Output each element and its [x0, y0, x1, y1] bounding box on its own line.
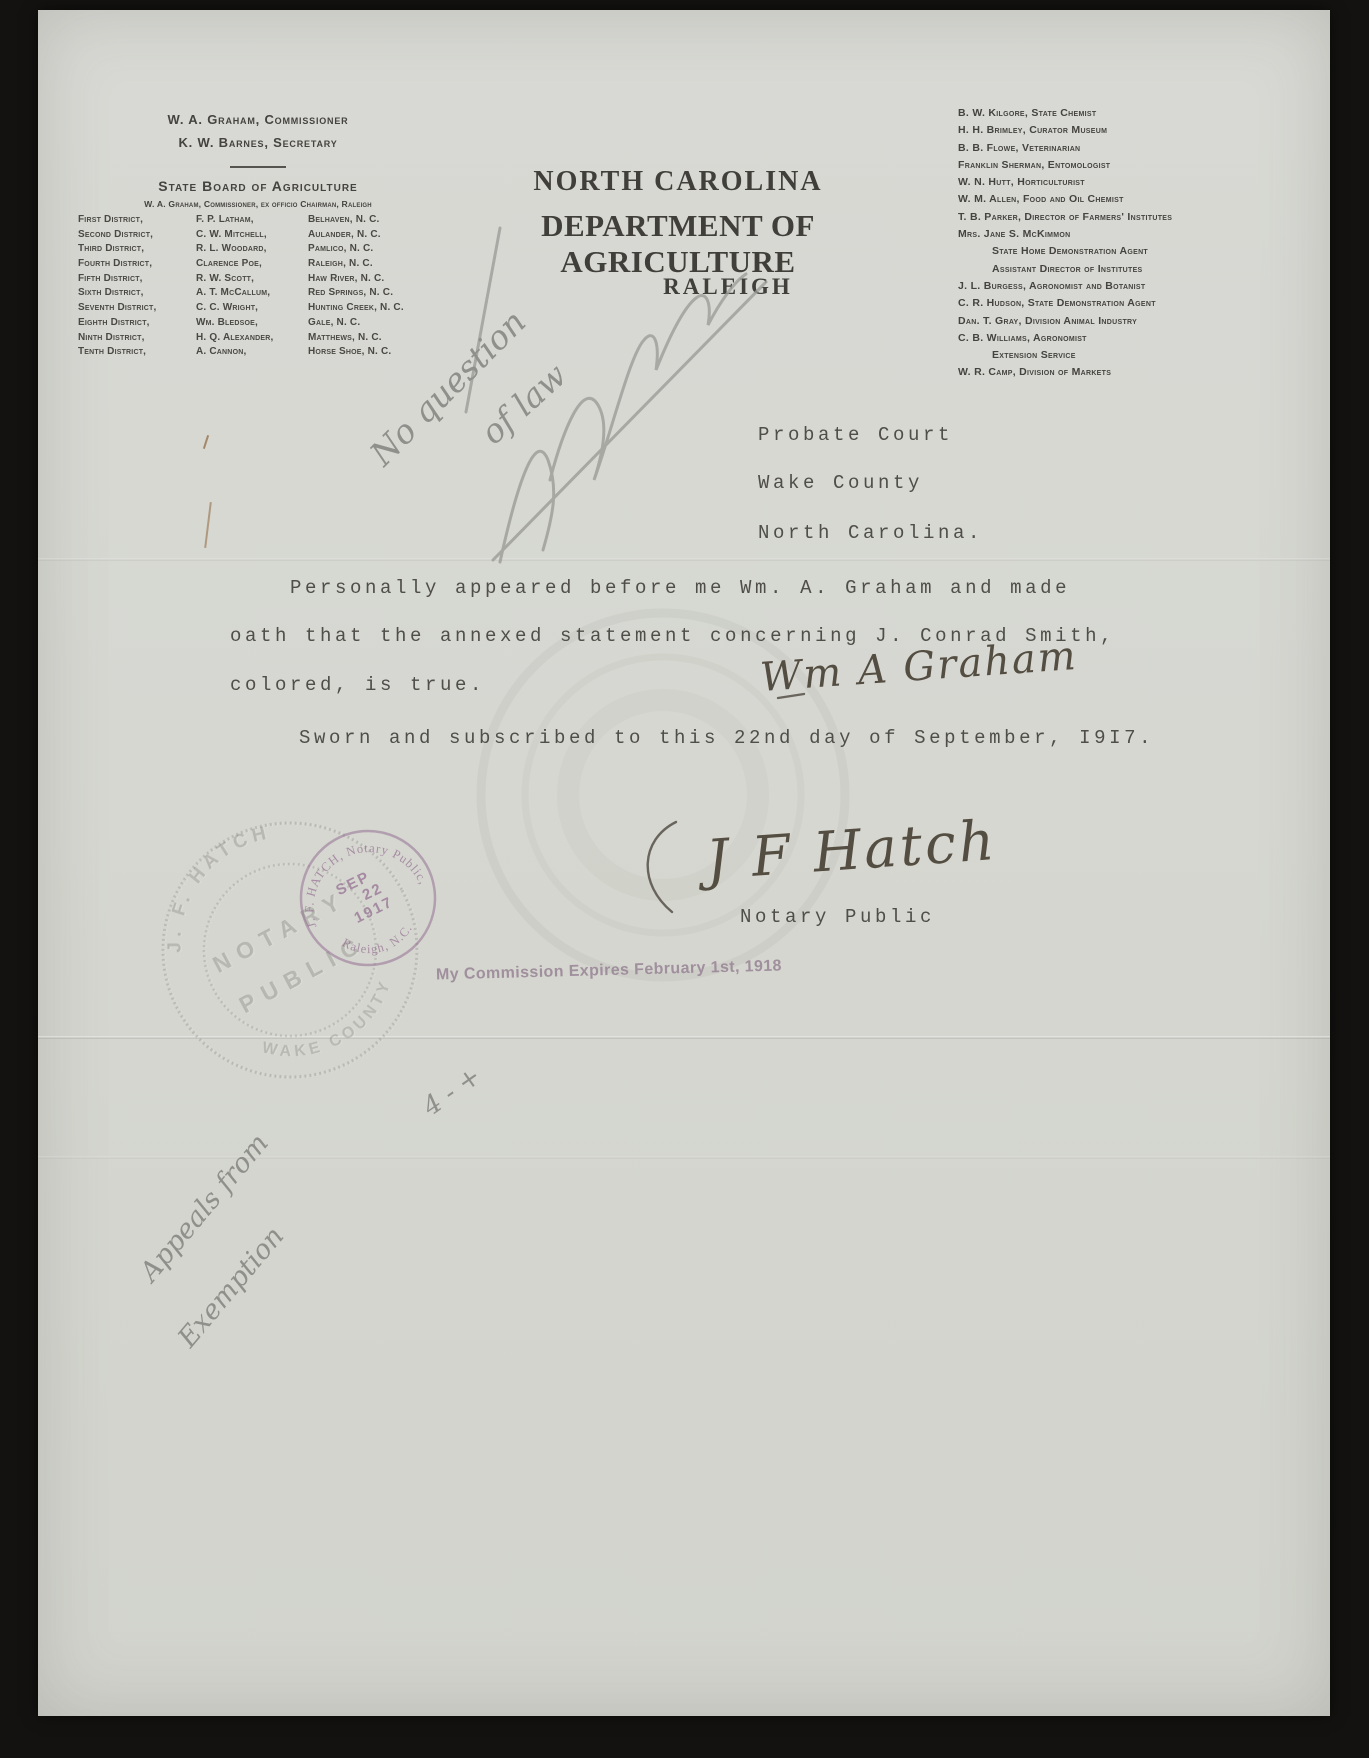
- paragraph-line-1: Personally appeared before me Wm. A. Gra…: [290, 577, 1070, 599]
- court-line-2: Wake County: [758, 472, 923, 494]
- pencil-underline-stroke: [493, 282, 766, 560]
- pencil-loop-scrawl: [500, 274, 746, 562]
- letter-page: W. A. Graham, Commissioner K. W. Barnes,…: [38, 10, 1330, 1716]
- notary-paren-stroke: [648, 822, 676, 912]
- court-line-1: Probate Court: [758, 424, 953, 446]
- sworn-line: Sworn and subscribed to this 22nd day of…: [299, 727, 1154, 749]
- court-line-3: North Carolina.: [758, 522, 983, 544]
- paragraph-line-3: colored, is true.: [230, 674, 485, 696]
- notary-title: Notary Public: [740, 906, 935, 928]
